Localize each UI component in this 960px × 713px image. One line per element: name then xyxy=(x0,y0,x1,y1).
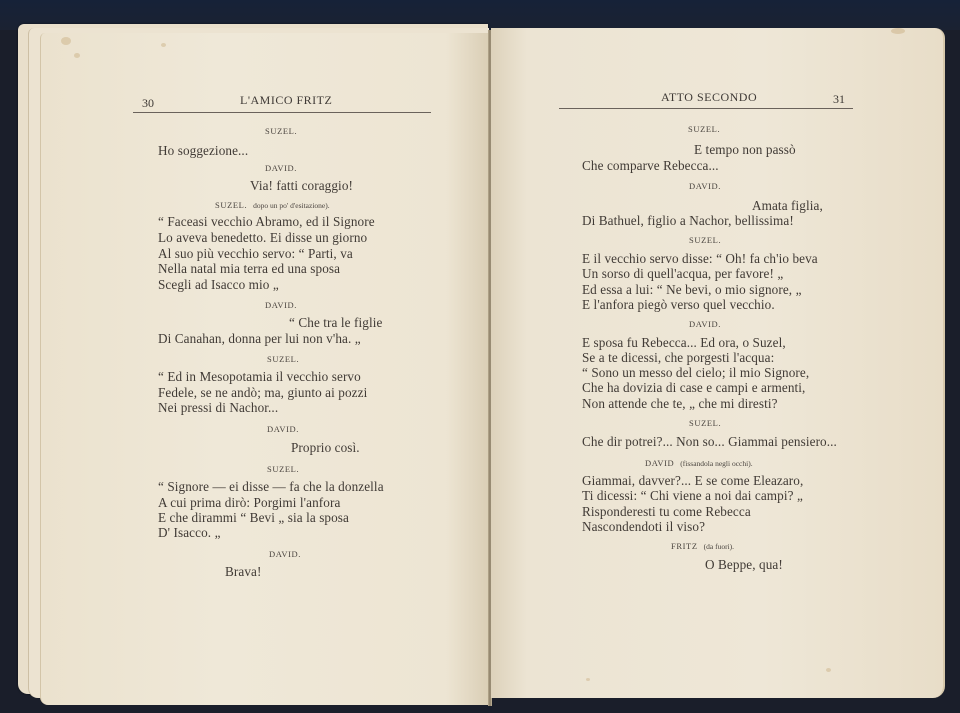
paper-stain xyxy=(586,678,590,681)
stage-direction: (fissandola negli occhi). xyxy=(680,459,752,468)
verse-line: Lo aveva benedetto. Ei disse un giorno xyxy=(158,230,367,246)
verse-line: Amata figlia, xyxy=(752,198,823,214)
verse-line: Ti dicessi: “ Chi viene a noi dai campi?… xyxy=(582,488,803,504)
verse-line: D' Isacco. „ xyxy=(158,525,221,541)
verse-line: “ Signore — ei disse — fa che la donzell… xyxy=(158,479,384,495)
speaker-label: SUZEL. xyxy=(689,418,721,428)
verse-line: Ed essa a lui: “ Ne bevi, o mio signore,… xyxy=(582,282,802,298)
verse-line: E l'anfora piegò verso quel vecchio. xyxy=(582,297,775,313)
verse-line: Che dir potrei?... Non so... Giammai pen… xyxy=(582,434,837,450)
verse-line: Che comparve Rebecca... xyxy=(582,158,719,174)
verse-line: Scegli ad Isacco mio „ xyxy=(158,277,279,293)
stage-direction: (da fuori). xyxy=(704,542,734,551)
speaker-label: DAVID. xyxy=(269,549,301,559)
verse-line: A cui prima dirò: Porgimi l'anfora xyxy=(158,495,340,511)
verse-line: Brava! xyxy=(225,564,261,580)
verse-line: Fedele, se ne andò; ma, giunto ai pozzi xyxy=(158,385,367,401)
verse-line: Nascondendoti il viso? xyxy=(582,519,705,535)
paper-stain xyxy=(74,53,80,58)
speaker-label: DAVID. xyxy=(265,300,297,310)
page-number: 31 xyxy=(833,92,845,107)
verse-line: E il vecchio servo disse: “ Oh! fa ch'io… xyxy=(582,251,818,267)
paper-stain xyxy=(891,28,905,34)
speaker-label: DAVID. xyxy=(689,319,721,329)
verse-line: E sposa fu Rebecca... Ed ora, o Suzel, xyxy=(582,335,786,351)
speaker-label: SUZEL. xyxy=(267,354,299,364)
running-head: L'AMICO FRITZ xyxy=(240,93,332,108)
verse-line: Se a te dicessi, che porgesti l'acqua: xyxy=(582,350,774,366)
verse-line: Via! fatti coraggio! xyxy=(250,178,353,194)
speaker-label: SUZEL.dopo un po' d'esitazione). xyxy=(215,200,330,210)
speaker-name: SUZEL. xyxy=(215,200,247,210)
stage-direction: dopo un po' d'esitazione). xyxy=(253,201,329,210)
verse-line: Proprio così. xyxy=(291,440,360,456)
speaker-label: DAVID. xyxy=(267,424,299,434)
verse-line: Ho soggezione... xyxy=(158,143,248,159)
verse-line: Nella natal mia terra ed una sposa xyxy=(158,261,340,277)
verse-line: O Beppe, qua! xyxy=(705,557,783,573)
header-rule xyxy=(559,108,853,109)
verse-line: Un sorso di quell'acqua, per favore! „ xyxy=(582,266,783,282)
speaker-label: DAVID(fissandola negli occhi). xyxy=(645,458,753,468)
speaker-label: SUZEL. xyxy=(688,124,720,134)
verse-line: Che ha dovizia di case e campi e armenti… xyxy=(582,380,805,396)
right-page: ATTO SECONDO 31 SUZEL. E tempo non passò… xyxy=(491,28,945,698)
speaker-label: DAVID. xyxy=(689,181,721,191)
verse-line: Non attende che te, „ che mi diresti? xyxy=(582,396,778,412)
verse-line: “ Ed in Mesopotamia il vecchio servo xyxy=(158,369,361,385)
verse-line: Giammai, davver?... E se come Eleazaro, xyxy=(582,473,803,489)
paper-stain xyxy=(61,37,71,45)
paper-stain xyxy=(161,43,166,47)
speaker-label: DAVID. xyxy=(265,163,297,173)
verse-line: Di Bathuel, figlio a Nachor, bellissima! xyxy=(582,213,794,229)
speaker-label: FRITZ(da fuori). xyxy=(671,541,734,551)
speaker-label: SUZEL. xyxy=(265,126,297,136)
verse-line: Risponderesti tu come Rebecca xyxy=(582,504,751,520)
speaker-name: FRITZ xyxy=(671,541,698,551)
speaker-label: SUZEL. xyxy=(267,464,299,474)
verse-line: “ Che tra le figlie xyxy=(289,315,382,331)
verse-line: Di Canahan, donna per lui non v'ha. „ xyxy=(158,331,361,347)
running-head: ATTO SECONDO xyxy=(661,90,757,105)
verse-line: Nei pressi di Nachor... xyxy=(158,400,278,416)
verse-line: “ Sono un messo del cielo; il mio Signor… xyxy=(582,365,809,381)
header-rule xyxy=(133,112,431,113)
paper-stain xyxy=(826,668,831,672)
verse-line: Al suo più vecchio servo: “ Parti, va xyxy=(158,246,353,262)
speaker-label: SUZEL. xyxy=(689,235,721,245)
verse-line: E che dirammi “ Bevi „ sia la sposa xyxy=(158,510,349,526)
verse-line: “ Faceasi vecchio Abramo, ed il Signore xyxy=(158,214,375,230)
page-number: 30 xyxy=(142,96,154,111)
speaker-name: DAVID xyxy=(645,458,674,468)
verse-line: E tempo non passò xyxy=(694,142,796,158)
left-page: 30 L'AMICO FRITZ SUZEL. Ho soggezione...… xyxy=(40,33,491,705)
